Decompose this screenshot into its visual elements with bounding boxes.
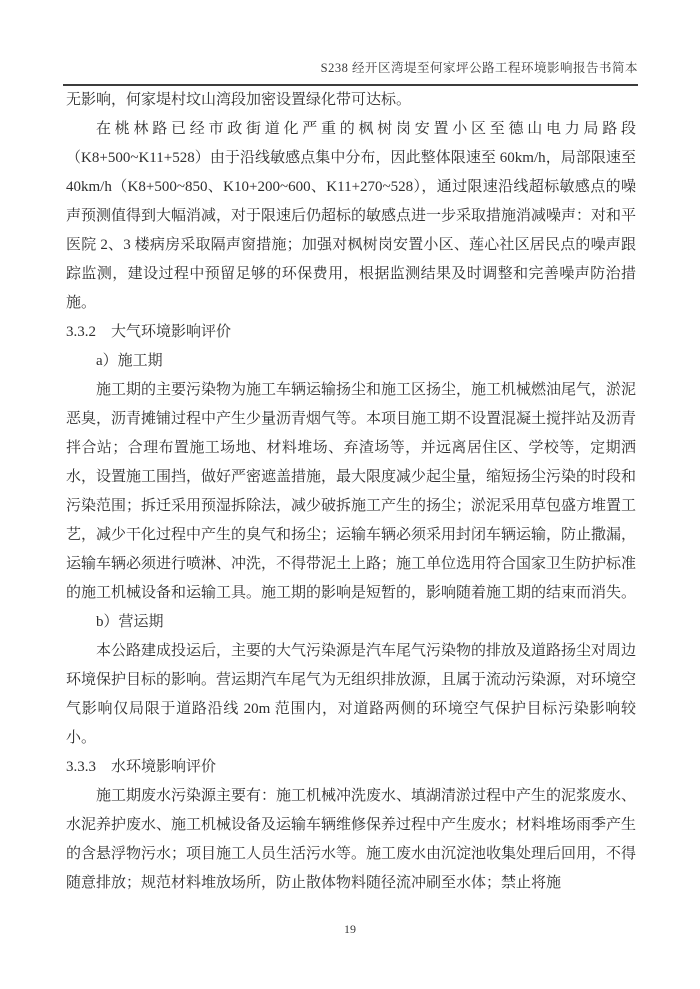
page-number: 19 — [344, 922, 356, 936]
paragraph-continuation: 无影响，何家堤村坟山湾段加密设置绿化带可达标。 — [66, 86, 636, 115]
paragraph-noise-measures: 在桃林路已经市政街道化严重的枫树岗安置小区至德山电力局路段（K8+500~K11… — [66, 115, 636, 318]
paragraph-operation-air-impact: 本公路建成投运后，主要的大气污染源是汽车尾气污染物的排放及道路扬尘对周边环境保护… — [66, 637, 636, 753]
document-page: S238 经开区湾堤至何家坪公路工程环境影响报告书简本 无影响，何家堤村坟山湾段… — [0, 0, 700, 989]
page-footer: 19 — [0, 922, 700, 937]
subsection-heading-operation-period: b）营运期 — [66, 608, 636, 637]
header-title: S238 经开区湾堤至何家坪公路工程环境影响报告书简本 — [63, 60, 638, 76]
paragraph-construction-air-impact: 施工期的主要污染物为施工车辆运输扬尘和施工区扬尘，施工机械燃油尾气，淤泥恶臭，沥… — [66, 376, 636, 608]
paragraph-water-impact: 施工期废水污染源主要有：施工机械冲洗废水、填湖清淤过程中产生的泥浆废水、水泥养护… — [66, 782, 636, 898]
section-heading-3-3-2: 3.3.2 大气环境影响评价 — [66, 318, 636, 347]
section-heading-3-3-3: 3.3.3 水环境影响评价 — [66, 753, 636, 782]
document-body: 无影响，何家堤村坟山湾段加密设置绿化带可达标。 在桃林路已经市政街道化严重的枫树… — [66, 86, 636, 898]
subsection-heading-construction-period: a）施工期 — [66, 347, 636, 376]
